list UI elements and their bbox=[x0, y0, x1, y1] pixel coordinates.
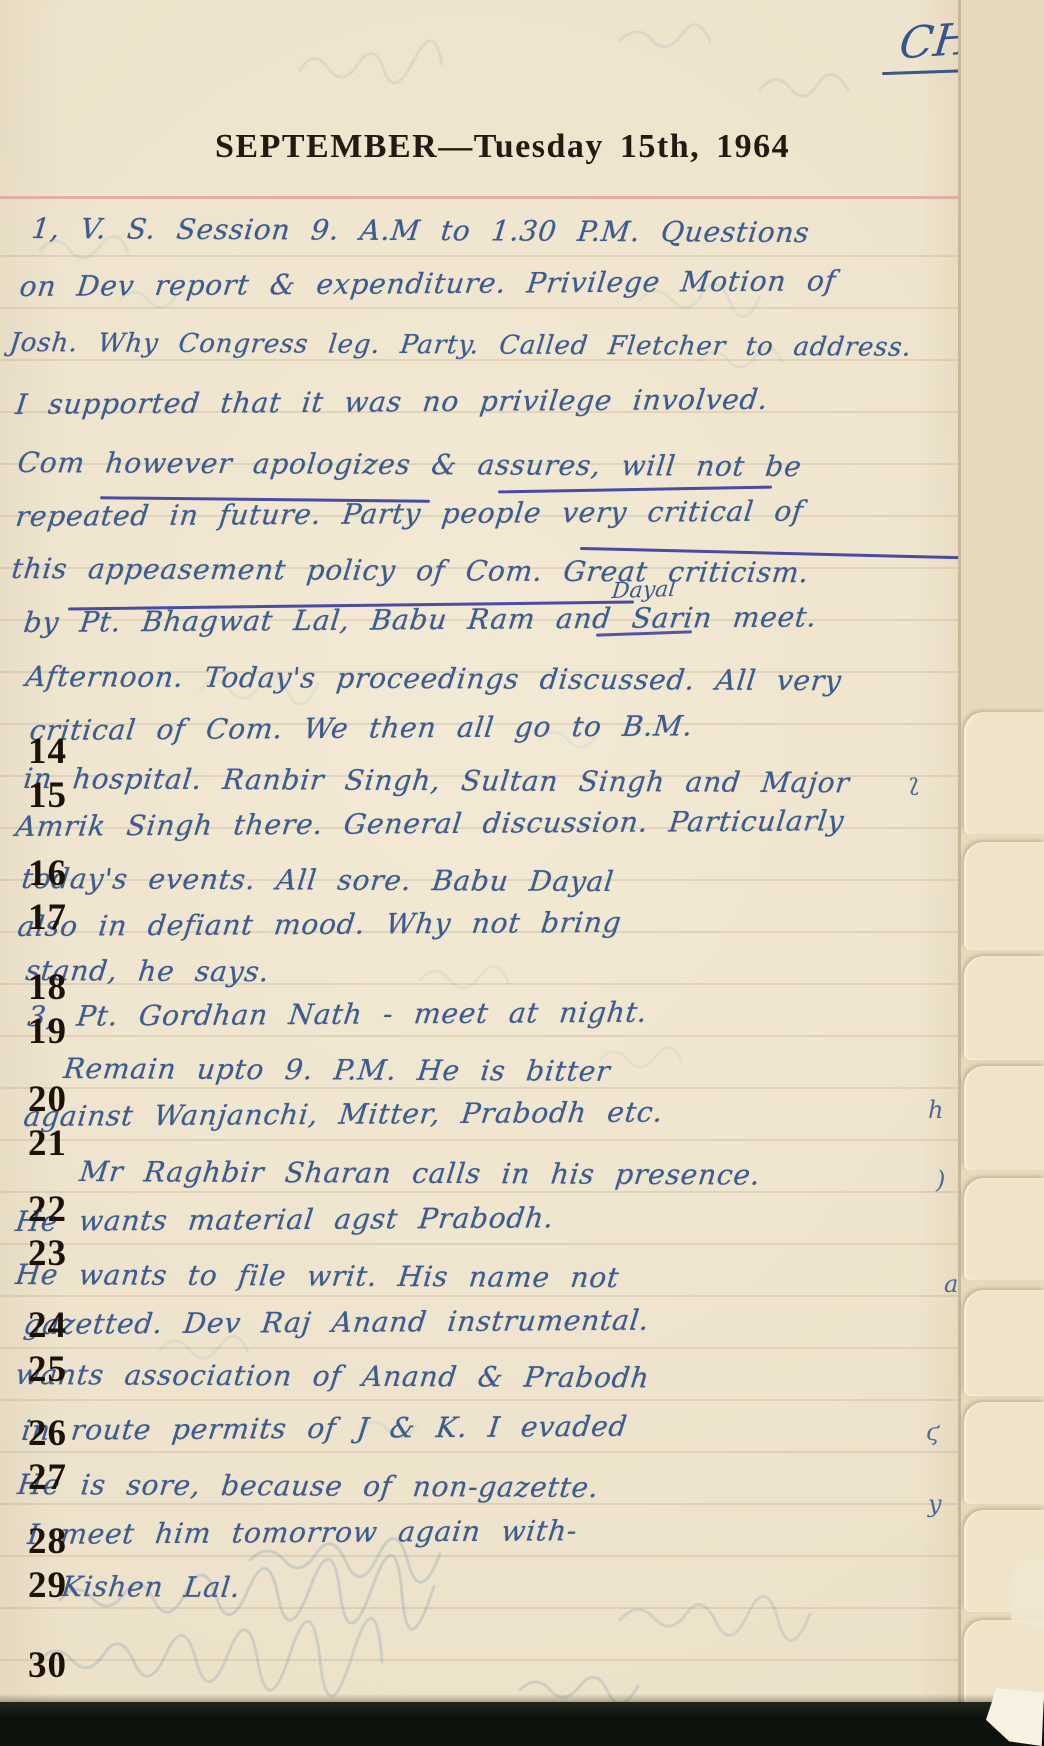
diary-line: this appeasement policy of Com. Great cr… bbox=[10, 552, 811, 589]
diary-line: Com however apologizes & assures, will n… bbox=[16, 446, 803, 483]
ink-mark: ) bbox=[936, 1166, 945, 1194]
diary-line: against Wanjanchi, Mitter, Prabodh etc. bbox=[22, 1096, 665, 1133]
ink-mark: a bbox=[944, 1270, 958, 1298]
date-tab-23: 23 bbox=[28, 1232, 84, 1275]
diary-line: Remain upto 9. P.M. He is bitter bbox=[62, 1052, 612, 1088]
diary-line: today's events. All sore. Babu Dayal bbox=[20, 862, 616, 898]
date-tab-16: 16 bbox=[28, 852, 84, 895]
diary-line: 1, V. S. Session 9. A.M to 1.30 P.M. Que… bbox=[30, 212, 811, 249]
header-rule bbox=[0, 196, 1044, 199]
diary-line: Mr Raghbir Sharan calls in his presence. bbox=[78, 1155, 762, 1192]
page-title: SEPTEMBER—Tuesday 15th, 1964 bbox=[215, 128, 790, 166]
date-tab-29: 29 bbox=[28, 1564, 84, 1607]
diary-line: He wants to file writ. His name not bbox=[14, 1258, 621, 1294]
diary-page-scan: SEPTEMBER—Tuesday 15th, 1964 CH 1, V. S.… bbox=[0, 0, 1044, 1746]
date-tab-28: 28 bbox=[28, 1520, 84, 1563]
tab-card bbox=[964, 712, 1044, 834]
date-tab-19: 19 bbox=[28, 1010, 84, 1053]
diary-line: I meet him tomorrow again with- bbox=[26, 1514, 579, 1551]
diary-line: Afternoon. Today's proceedings discussed… bbox=[24, 660, 844, 697]
date-tab-27: 27 bbox=[28, 1456, 84, 1499]
diary-line: 3, Pt. Gordhan Nath - meet at night. bbox=[26, 996, 649, 1033]
tab-card bbox=[964, 1402, 1044, 1504]
date-tab-17: 17 bbox=[28, 896, 84, 939]
ink-mark: y bbox=[928, 1490, 942, 1518]
book-cover-edge bbox=[0, 1702, 1044, 1746]
diary-line: in route permits of J & K. I evaded bbox=[20, 1410, 629, 1447]
diary-line: Kishen Lal. bbox=[60, 1570, 242, 1604]
ink-mark: ϛ bbox=[926, 1418, 939, 1446]
date-tab-25: 25 bbox=[28, 1348, 84, 1391]
diary-line: He wants material agst Prabodh. bbox=[14, 1201, 556, 1238]
diary-line: I supported that it was no privilege inv… bbox=[14, 383, 770, 421]
tab-card bbox=[964, 1290, 1044, 1396]
diary-line: Amrik Singh there. General discussion. P… bbox=[14, 804, 846, 843]
ruled-lines bbox=[0, 205, 958, 1685]
ink-mark: ʅ bbox=[908, 768, 920, 796]
diary-line: also in defiant mood. Why not bring bbox=[16, 906, 623, 943]
diary-line: gazetted. Dev Raj Anand instrumental. bbox=[22, 1304, 651, 1341]
tab-card bbox=[964, 1066, 1044, 1170]
date-tab-21: 21 bbox=[28, 1122, 84, 1165]
date-tab-26: 26 bbox=[28, 1412, 84, 1455]
tab-card bbox=[964, 956, 1044, 1060]
diary-line: wants association of Anand & Prabodh bbox=[14, 1358, 651, 1394]
ink-underline bbox=[498, 486, 772, 494]
date-tab-18: 18 bbox=[28, 966, 84, 1009]
diary-line: critical of Com. We then all go to B.M. bbox=[28, 709, 695, 747]
tab-card bbox=[964, 842, 1044, 950]
diary-line: in hospital. Ranbir Singh, Sultan Singh … bbox=[22, 762, 852, 799]
ink-mark: h bbox=[928, 1096, 943, 1124]
date-tab-20: 20 bbox=[28, 1078, 84, 1121]
date-tab-30: 30 bbox=[28, 1644, 84, 1687]
diary-line: He is sore, because of non-gazette. bbox=[16, 1468, 601, 1504]
date-tab-14: 14 bbox=[28, 730, 84, 773]
date-tab-24: 24 bbox=[28, 1304, 84, 1347]
diary-line: Josh. Why Congress leg. Party. Called Fl… bbox=[8, 328, 913, 363]
tab-card bbox=[964, 1178, 1044, 1280]
diary-line: on Dev report & expenditure. Privilege M… bbox=[18, 264, 838, 303]
date-tab-column bbox=[958, 0, 1044, 1746]
date-tab-22: 22 bbox=[28, 1188, 84, 1231]
date-tab-15: 15 bbox=[28, 774, 84, 817]
